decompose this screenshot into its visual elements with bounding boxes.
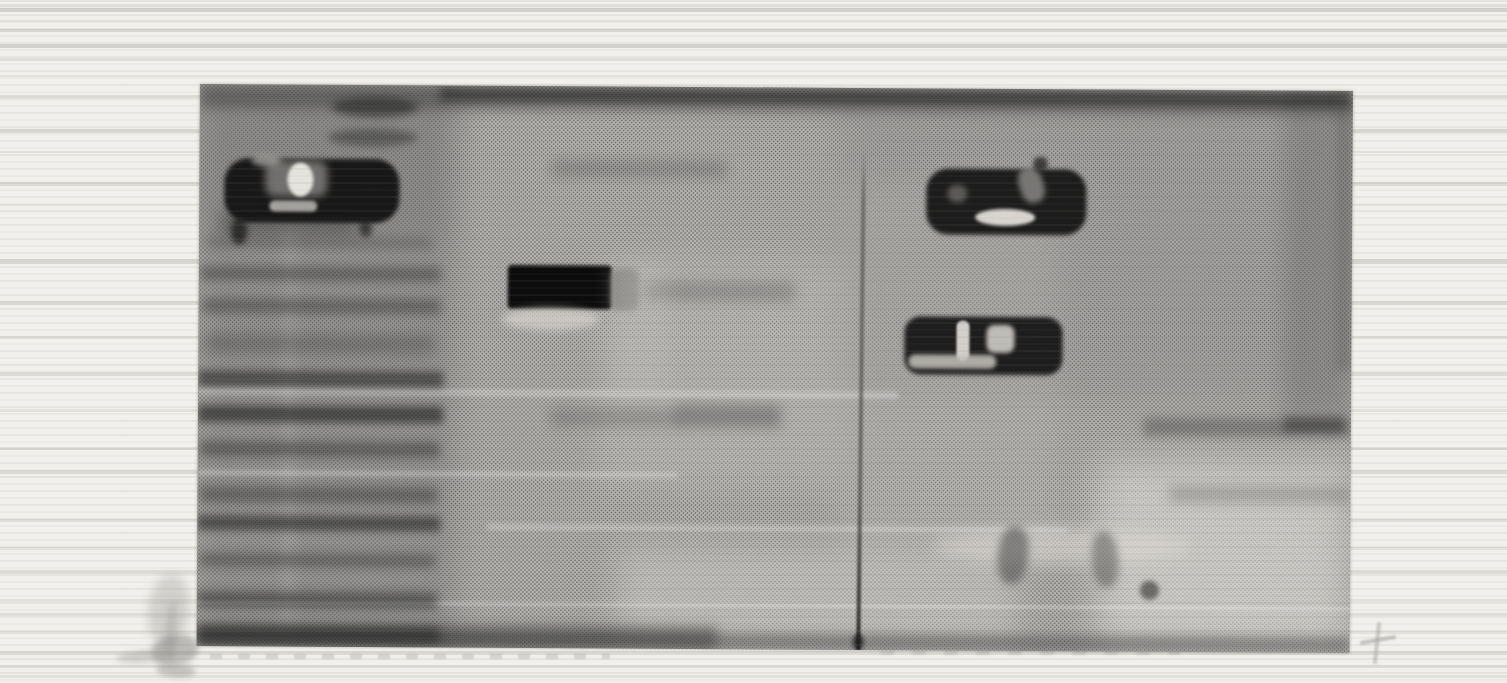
scribble-wisp (156, 663, 197, 678)
well-3-white-patch (986, 325, 1014, 353)
gel-photo (197, 84, 1353, 653)
ladder-band-12 (197, 626, 440, 643)
below-photo-dashes (210, 654, 610, 659)
crease-foot (853, 634, 864, 650)
well-1-drip-left (231, 218, 247, 244)
faint-band-mid-a (550, 408, 680, 427)
well-2-top-tick (1033, 157, 1047, 171)
ladder-band-5 (198, 370, 443, 387)
well-3-bottom-dash (908, 354, 996, 369)
faint-band-right-a-dark-end (1284, 417, 1344, 433)
well-2-inner-spot (947, 185, 967, 203)
ladder-band-3 (203, 298, 441, 314)
scanned-page: { "meta": { "title": "Scanned halftone p… (0, 0, 1507, 683)
faint-band-right-of-well1 (551, 160, 726, 177)
well-1-drip-right (359, 219, 372, 237)
well-1-white-oval (287, 163, 313, 197)
ladder-band-9 (197, 515, 440, 531)
right-edge-shade-line (1336, 91, 1353, 371)
faint-band-right-b (1169, 486, 1350, 503)
well-1-top-notch (251, 154, 281, 166)
black-band-under-light-smear (502, 308, 600, 331)
smear-above-well1 (332, 97, 418, 118)
ladder-band-10 (199, 553, 435, 567)
ladder-band-6 (198, 405, 443, 423)
faint-band-mid-b (676, 405, 781, 428)
handwriting-dot (1140, 581, 1159, 600)
ladder-band-11 (197, 591, 437, 608)
black-band (508, 265, 612, 310)
ladder-band-7 (200, 441, 440, 457)
lane-light-streak (281, 225, 298, 635)
light-zone-right-of-band (613, 263, 669, 393)
corner-pencil-mark (1373, 622, 1381, 664)
well-1-light-dash (269, 200, 317, 211)
ladder-band-2 (201, 266, 441, 281)
well-2-white-notch (975, 209, 1035, 226)
ladder-band-8 (199, 486, 437, 503)
ladder-band-4 (204, 334, 434, 353)
gel-photo-features (197, 84, 1353, 653)
